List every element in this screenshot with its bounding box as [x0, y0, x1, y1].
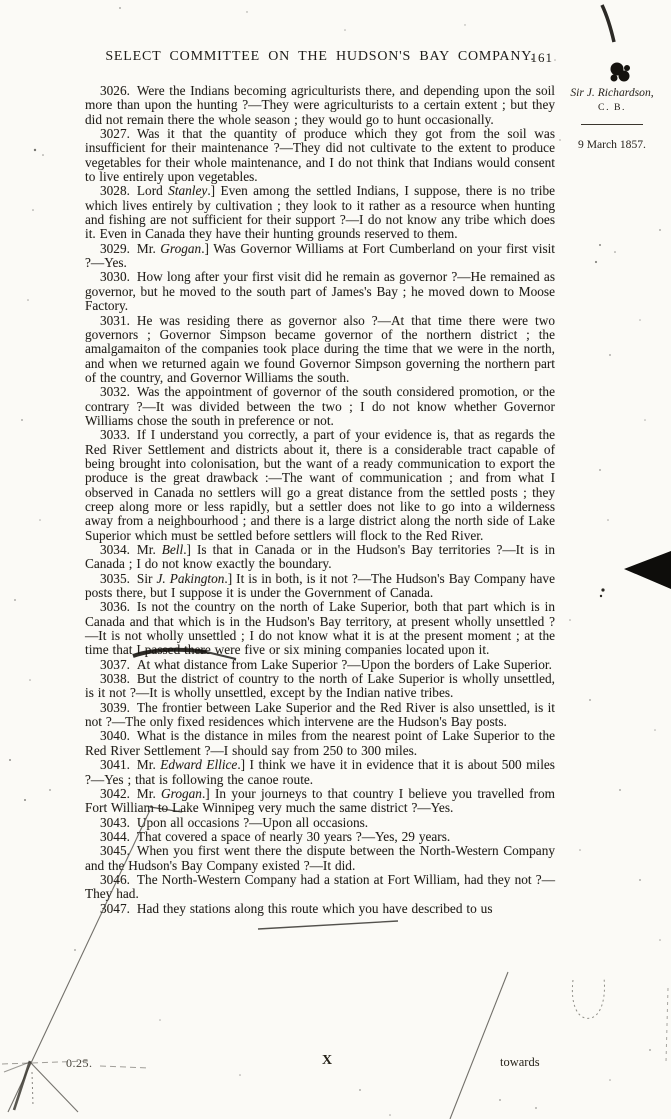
- question-paragraph: 3038.But the district of country to the …: [85, 672, 555, 701]
- question-number: 3036.: [100, 599, 130, 614]
- question-paragraph: 3035.Sir J. Pakington.] It is in both, i…: [85, 572, 555, 601]
- speaker-prefix: Lord: [137, 183, 168, 198]
- question-number: 3037.: [100, 657, 130, 672]
- question-text: He was residing there as governor also ?…: [85, 313, 555, 385]
- witness-name: Sir J. Richardson,: [559, 86, 665, 99]
- question-number: 3039.: [100, 700, 130, 715]
- header-title: SELECT COMMITTEE ON THE HUDSON'S BAY COM…: [105, 49, 534, 64]
- speaker-suffix: .]: [224, 571, 236, 586]
- question-number: 3028.: [100, 183, 130, 198]
- question-text: But the district of country to the north…: [85, 671, 555, 700]
- question-text: The North-Western Company had a station …: [85, 872, 555, 901]
- ink-blot: [611, 63, 631, 82]
- question-number: 3044.: [100, 829, 130, 844]
- question-number: 3047.: [100, 901, 130, 916]
- speaker-name: Edward Ellice: [160, 757, 237, 772]
- catchword: towards: [500, 1055, 540, 1070]
- question-text: Is not the country on the north of Lake …: [85, 599, 555, 657]
- question-paragraph: 3040.What is the distance in miles from …: [85, 729, 555, 758]
- question-number: 3040.: [100, 728, 130, 743]
- question-paragraph: 3037.At what distance from Lake Superior…: [85, 658, 555, 672]
- question-text: The frontier between Lake Superior and t…: [85, 700, 555, 729]
- question-number: 3041.: [100, 757, 130, 772]
- witness-title: C. B.: [559, 102, 665, 113]
- question-number: 3033.: [100, 427, 130, 442]
- question-number: 3035.: [100, 571, 130, 586]
- question-number: 3031.: [100, 313, 130, 328]
- question-number: 3026.: [100, 83, 130, 98]
- ink-speck: [600, 595, 602, 597]
- question-text: Upon all occasions ?—Upon all occasions.: [137, 815, 368, 830]
- question-paragraph: 3043.Upon all occasions ?—Upon all occas…: [85, 816, 555, 830]
- ink-stroke-top-right: [602, 5, 614, 42]
- question-text: Had they stations along this route which…: [137, 901, 493, 916]
- speaker-prefix: Mr.: [137, 757, 160, 772]
- question-number: 3029.: [100, 241, 130, 256]
- question-number: 3045.: [100, 843, 130, 858]
- question-text: If I understand you correctly, a part of…: [85, 427, 555, 542]
- question-paragraph: 3044.That covered a space of nearly 30 y…: [85, 830, 555, 844]
- speaker-prefix: Mr.: [137, 786, 161, 801]
- question-number: 3032.: [100, 384, 130, 399]
- page-number: 161: [531, 50, 554, 66]
- paper-number: 0.25.: [66, 1056, 93, 1071]
- speaker-name: Grogan: [161, 786, 202, 801]
- testimony-text: 3026.Were the Indians becoming agricultu…: [85, 84, 555, 916]
- question-number: 3038.: [100, 671, 130, 686]
- speaker-name: J. Pakington: [156, 571, 224, 586]
- question-paragraph: 3030.How long after your first visit did…: [85, 270, 555, 313]
- question-number: 3043.: [100, 815, 130, 830]
- question-number: 3042.: [100, 786, 130, 801]
- strike-3042: [258, 921, 398, 929]
- question-number: 3046.: [100, 872, 130, 887]
- question-paragraph: 3041.Mr. Edward Ellice.] I think we have…: [85, 758, 555, 787]
- question-paragraph: 3029.Mr. Grogan.] Was Governor Williams …: [85, 242, 555, 271]
- speaker-suffix: .]: [202, 786, 215, 801]
- question-text: When you first went there the dispute be…: [85, 843, 555, 872]
- pencil-line-right: [450, 972, 508, 1119]
- question-number: 3034.: [100, 542, 130, 557]
- speaker-name: Grogan: [160, 241, 201, 256]
- pencil-hook: [572, 978, 604, 1018]
- question-text: What is the distance in miles from the n…: [85, 728, 555, 757]
- question-paragraph: 3046.The North-Western Company had a sta…: [85, 873, 555, 902]
- question-paragraph: 3028.Lord Stanley.] Even among the settl…: [85, 184, 555, 241]
- question-number: 3030.: [100, 269, 130, 284]
- question-paragraph: 3042.Mr. Grogan.] In your journeys to th…: [85, 787, 555, 816]
- question-text: How long after your first visit did he r…: [85, 269, 555, 313]
- question-paragraph: 3027.Was it that the quantity of produce…: [85, 127, 555, 184]
- question-paragraph: 3036.Is not the country on the north of …: [85, 600, 555, 657]
- question-paragraph: 3031.He was residing there as governor a…: [85, 314, 555, 386]
- question-paragraph: 3032.Was the appointment of governor of …: [85, 385, 555, 428]
- scanned-document-page: SELECT COMMITTEE ON THE HUDSON'S BAY COM…: [0, 0, 671, 1119]
- question-text: Was it that the quantity of produce whic…: [85, 126, 555, 184]
- question-number: 3027.: [100, 126, 130, 141]
- speaker-name: Stanley: [168, 183, 207, 198]
- question-paragraph: 3034.Mr. Bell.] Is that in Canada or in …: [85, 543, 555, 572]
- speaker-prefix: Mr.: [137, 542, 162, 557]
- question-text: At what distance from Lake Superior ?—Up…: [137, 657, 552, 672]
- speaker-name: Bell: [162, 542, 183, 557]
- speaker-suffix: .]: [207, 183, 220, 198]
- speaker-suffix: .]: [183, 542, 197, 557]
- pencil-dash-right-edge: [666, 988, 668, 1062]
- ink-speck: [601, 588, 604, 591]
- running-header: SELECT COMMITTEE ON THE HUDSON'S BAY COM…: [85, 49, 555, 65]
- question-text: Were the Indians becoming agriculturists…: [85, 83, 555, 127]
- printer-ink-triangle: [624, 551, 671, 589]
- speaker-suffix: .]: [237, 757, 249, 772]
- speaker-prefix: Mr.: [137, 241, 160, 256]
- question-paragraph: 3033.If I understand you correctly, a pa…: [85, 428, 555, 543]
- speaker-prefix: Sir: [137, 571, 157, 586]
- question-text: That covered a space of nearly 30 years …: [137, 829, 450, 844]
- question-text: Was the appointment of governor of the s…: [85, 384, 555, 428]
- signature-mark: X: [322, 1053, 332, 1069]
- speaker-suffix: .]: [201, 241, 213, 256]
- question-paragraph: 3039.The frontier between Lake Superior …: [85, 701, 555, 730]
- session-date: 9 March 1857.: [559, 138, 665, 151]
- margin-rule: [581, 124, 643, 125]
- question-paragraph: 3047.Had they stations along this route …: [85, 902, 555, 916]
- question-paragraph: 3026.Were the Indians becoming agricultu…: [85, 84, 555, 127]
- question-paragraph: 3045.When you first went there the dispu…: [85, 844, 555, 873]
- margin-note: Sir J. Richardson, C. B. 9 March 1857.: [559, 86, 665, 151]
